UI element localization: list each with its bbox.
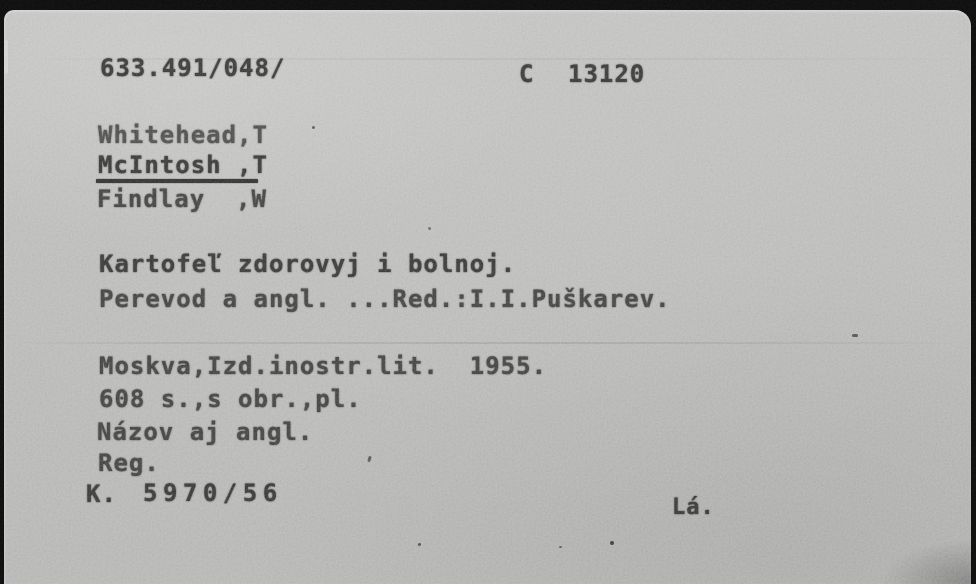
author-line-2: McIntosh ,T	[98, 153, 268, 177]
language-note-line: Názov aj angl.	[97, 420, 313, 444]
translation-note-line: Perevod a angl. ...Red.:I.I.Puškarev.	[99, 287, 671, 311]
author-line-3: Findlay ,W	[97, 187, 267, 211]
author-underline-mark	[96, 179, 258, 183]
card-edge-highlight	[4, 40, 8, 74]
register-note-line: Reg.	[98, 451, 160, 475]
author-line-1: Whitehead,T	[98, 123, 268, 147]
cataloguer-initials: Lá.	[672, 497, 715, 519]
accession-letter: C	[519, 62, 534, 86]
scanned-catalog-card-page: 633.491/048/ C 13120 Whitehead,T McIntos…	[0, 0, 976, 584]
call-number: 633.491/048/	[100, 56, 285, 80]
title-line: Kartofeľ zdorovyj i bolnoj.	[99, 252, 516, 276]
imprint-line: Moskva,Izd.inostr.lit. 1955.	[99, 354, 547, 378]
accession-number: 13120	[568, 62, 645, 86]
card-crease-line	[4, 342, 971, 344]
collation-line: 608 s.,s obr.,pl.	[99, 387, 362, 411]
reg-prefix: K.	[86, 482, 117, 506]
reg-number: 5970/56	[143, 481, 283, 505]
